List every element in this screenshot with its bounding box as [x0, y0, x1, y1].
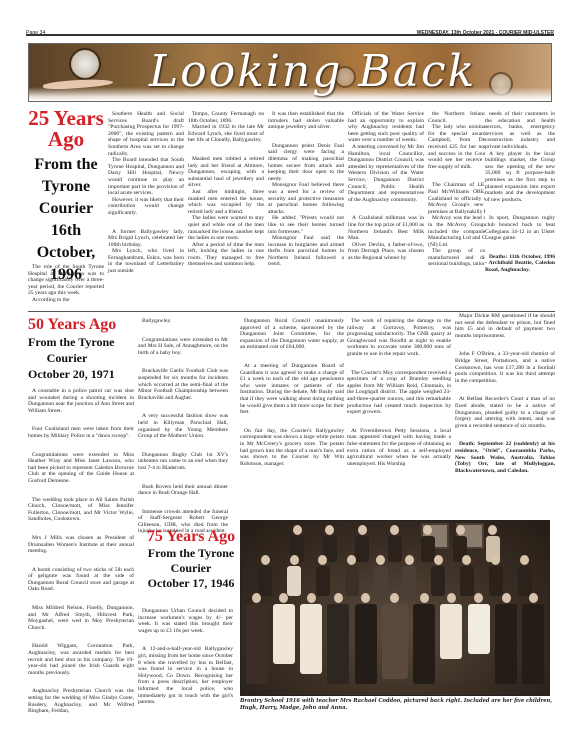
- paragraph: According to the: [28, 297, 104, 304]
- paragraph: A meeting convened by Mr Jim Hamilton, l…: [348, 144, 424, 203]
- paragraph: A bomb consisting of two sticks of 5lb e…: [28, 567, 134, 593]
- paragraph: Dungannon Rugby Club 1st XV's unbeaten r…: [138, 452, 228, 472]
- section-divider: [28, 311, 555, 312]
- paragraph: Tempo, County Fermanagh on 18th October,…: [188, 111, 264, 124]
- photo-front-row: [241, 593, 549, 684]
- paragraph: The work of repairing the damage to the …: [347, 318, 451, 358]
- paragraph: On fair day, the Courier's Ballygawley c…: [240, 428, 344, 468]
- paragraph: A former Ballygawley lady, Mrs Brigid Ly…: [108, 229, 184, 249]
- paragraph: Harold Wiggam, Coronation Park, Aughnacl…: [28, 643, 134, 676]
- paragraph: Mrs Lynch, who lived in Fernaghandrum, E…: [108, 248, 184, 274]
- paragraph: A very successful fashion show was held …: [138, 413, 228, 439]
- paragraph: At Fivemiletown Petty Sessions, a local …: [347, 428, 451, 468]
- paragraph: Four Coalisland men were taken from thei…: [28, 426, 134, 439]
- paragraph: At Belfast Recorder's Court a man of no …: [455, 396, 555, 429]
- paragraph: He added: "Priests would not like to see…: [268, 215, 344, 235]
- paragraph: Southern Health and Social Services Boar…: [108, 111, 184, 157]
- looking-back-banner: Looking Back: [28, 43, 552, 102]
- paragraph: The Courier's Moy correspondent received…: [347, 370, 451, 416]
- section-title: 25 Years Ago: [28, 108, 104, 150]
- paragraph: Aughnacloy Presbyterian Church was the s…: [28, 688, 134, 714]
- paragraph: At a meeting of Dungannon Board of Guard…: [240, 363, 344, 416]
- section-25-years-heading: 25 Years Ago From the Tyrone Courier 16t…: [28, 108, 104, 286]
- paragraph: Bush Rovers held their annual dinner dan…: [138, 484, 228, 497]
- paragraph: Mrs J Mills was chosen as President of D…: [28, 535, 134, 555]
- paragraph: The ladies were warned to stay quiet and…: [188, 215, 264, 241]
- paragraph: Married in 1932 to the late Mr Edward Ly…: [188, 124, 264, 144]
- photo-middle-row: [241, 555, 549, 596]
- paragraph: Major Dickie RM questioned if he should …: [455, 313, 555, 339]
- article-column-25-3: Tempo, County Fermanagh on 18th October,…: [188, 111, 264, 268]
- paragraph: Monsignor Faul said the increase in burg…: [268, 235, 344, 268]
- pocket-watch-icon: [69, 48, 101, 80]
- paragraph: Ballygawley.: [138, 318, 228, 325]
- paragraph: The wedding took place in All Saints Par…: [28, 497, 134, 523]
- paragraph: A constable in a police patrol car was s…: [28, 388, 134, 414]
- paragraph: Congratulations were extended to Miss He…: [28, 452, 134, 485]
- paragraph: Oliver Devlin, a father-of-two, from Der…: [348, 242, 424, 262]
- banner-title: Looking Back: [149, 46, 476, 97]
- section-title: 50 Years Ago: [28, 316, 106, 334]
- section-title: 75 Years Ago: [141, 528, 241, 546]
- article-column-75-a: Dungannon Rural Council unanimously appr…: [240, 318, 344, 467]
- paragraph: However, it was likely that their contri…: [108, 197, 184, 217]
- article-column-25-2: Southern Health and Social Services Boar…: [108, 111, 184, 275]
- section-50-years-heading: 50 Years Ago From the Tyrone Courier Oct…: [28, 316, 106, 382]
- paragraph: Congratulations were extended to Mr and …: [138, 337, 228, 357]
- paragraph: Dungannon Urban Council decided to incre…: [138, 608, 233, 634]
- section-75-years-heading: 75 Years Ago From the Tyrone Courier Oct…: [141, 528, 241, 591]
- paragraph: The Board intended that South Tyrone Hos…: [108, 157, 184, 197]
- section-subtitle: October 20, 1971: [28, 366, 106, 382]
- paragraph: A Coalisland milkman was in line for the…: [348, 215, 424, 241]
- masthead-rule: [26, 34, 554, 36]
- paragraph: In sport, Dungannon rugby club bounced b…: [485, 215, 555, 241]
- photo-caption: Brantry School 1916 with teacher Mrs Rac…: [240, 698, 560, 711]
- paragraph: Miss Mildred Nelson, Finelly, Dungannon,…: [28, 605, 134, 631]
- paragraph: Dungannon Rural Council unanimously appr…: [240, 318, 344, 351]
- section-subtitle: From the Tyrone: [141, 546, 241, 561]
- school-photo: [240, 520, 550, 696]
- article-column-75-left: Dungannon Urban Council decided to incre…: [138, 608, 233, 706]
- paragraph: John F O'Brien, a 33-year-old chemist of…: [455, 351, 555, 384]
- article-column-50-1: A constable in a police patrol car was s…: [28, 388, 134, 715]
- paragraph: A key player in the local buildings mark…: [485, 151, 555, 204]
- section-subtitle: From the Tyrone: [28, 334, 106, 350]
- paragraph: Just after midnight, three masked men en…: [188, 189, 264, 215]
- article-column-25-7: needs of their customers in the educatio…: [485, 111, 555, 273]
- paragraph: Officials of the Water Service had an op…: [348, 111, 424, 144]
- paragraph: Monsignor Faul believed there was a need…: [268, 182, 344, 215]
- paragraph: needs of their customers in the educatio…: [485, 111, 555, 151]
- section-subtitle: Courier: [141, 561, 241, 576]
- paragraph: It was then established that the intrude…: [268, 111, 344, 131]
- death-notice: Deaths: 11th October, 1996 - Archibald B…: [485, 254, 555, 274]
- article-column-25-4: It was then established that the intrude…: [268, 111, 344, 268]
- paragraph: A 12-and-a-half-year-old Ballygawley gir…: [138, 646, 233, 705]
- article-column-75-c: Major Dickie RM questioned if he should …: [455, 313, 555, 474]
- article-column-50-2: Ballygawley. Congratulations were extend…: [138, 318, 228, 535]
- death-notice: Death: September 22 (suddenly) at his re…: [455, 441, 555, 474]
- article-column-75-b: The work of repairing the damage to the …: [347, 318, 451, 467]
- article-column-25-1: The role of the South Tyrone Hospital in…: [28, 264, 104, 304]
- paragraph: After a period of time the men left, loc…: [188, 242, 264, 268]
- paragraph: Masked men robbed a retired lady and her…: [188, 156, 264, 189]
- paragraph: The role of the South Tyrone Hospital in…: [28, 264, 104, 297]
- paragraph: Dungannon priest Denis Faul said clergy …: [268, 143, 344, 183]
- paragraph: Brackaville Gaelic Football Club was sus…: [138, 368, 228, 401]
- section-subtitle: Courier: [28, 350, 106, 366]
- section-subtitle: October 17, 1946: [141, 576, 241, 591]
- article-column-25-5: Officials of the Water Service had an op…: [348, 111, 424, 261]
